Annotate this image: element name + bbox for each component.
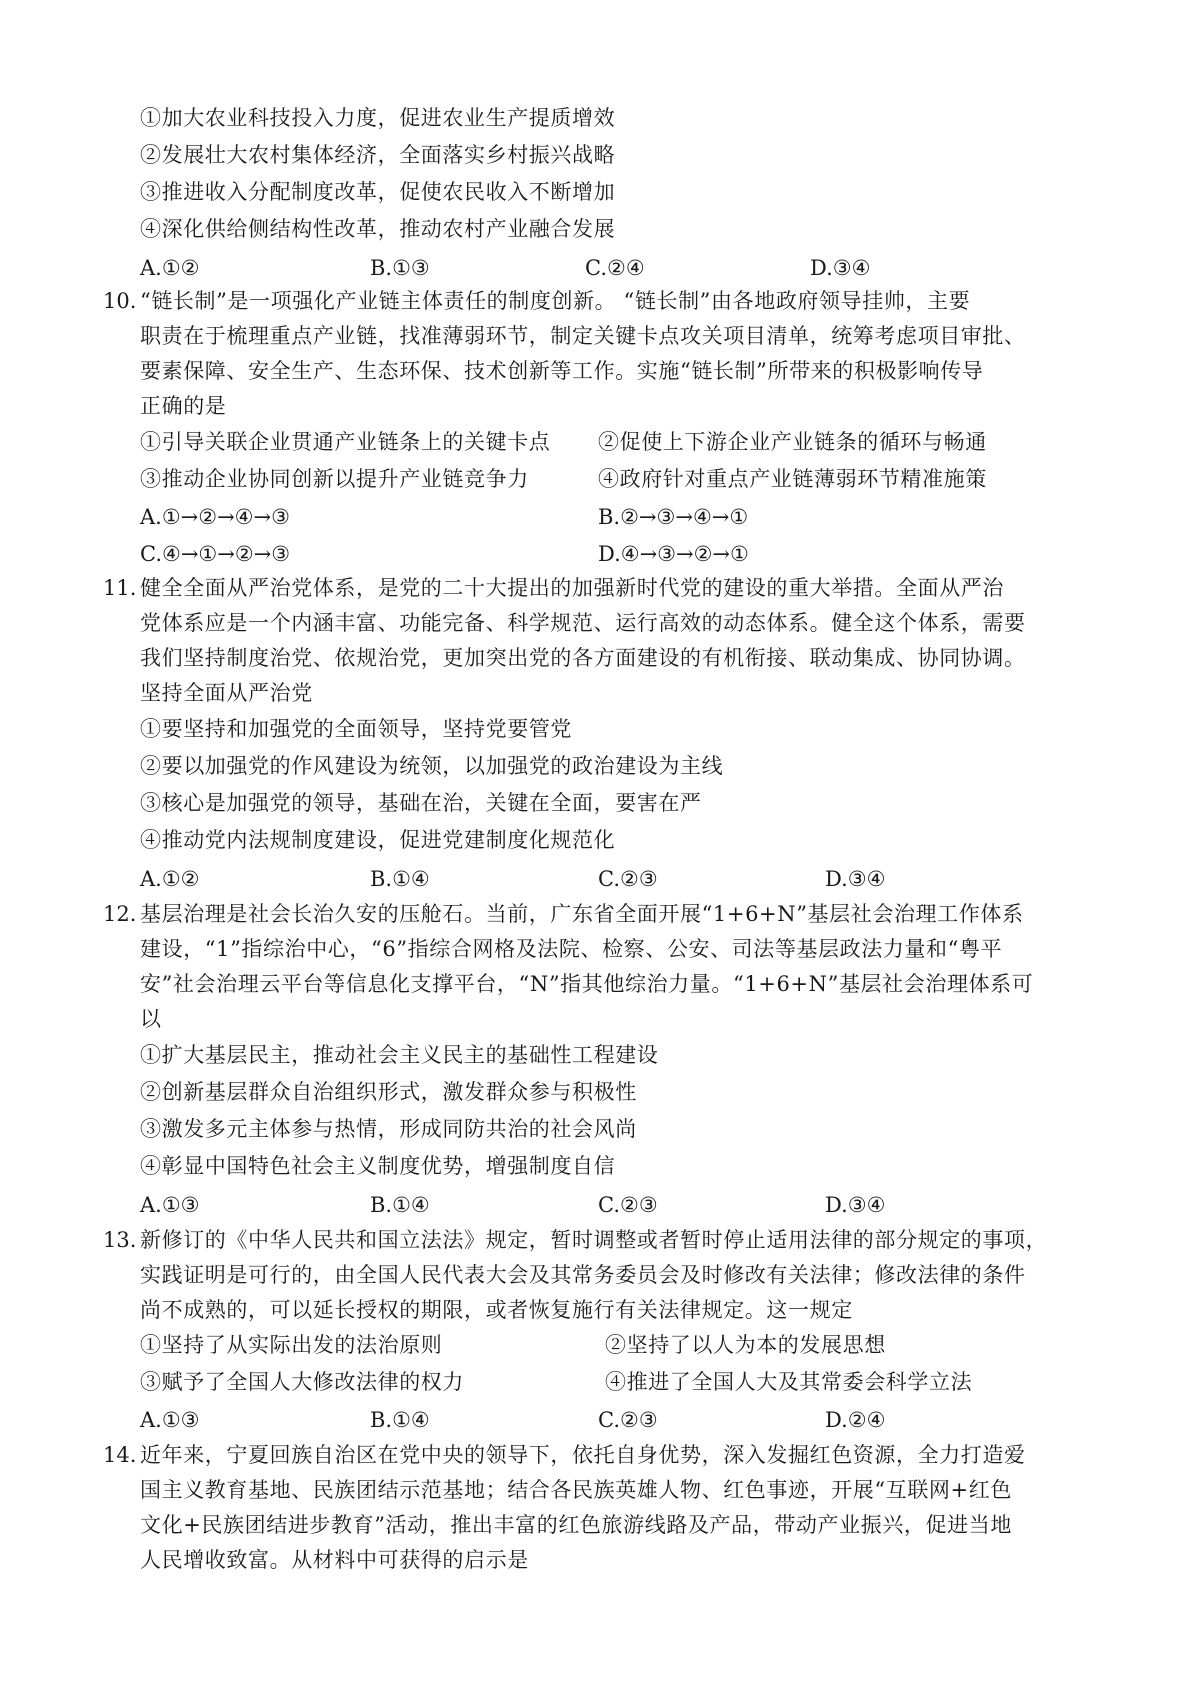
- stem-line-2: 党体系应是一个内涵丰富、功能完备、科学规范、运行高效的动态体系。健全这个体系，需…: [140, 609, 1026, 637]
- stem-line-4: 坚持全面从严治党: [140, 679, 313, 707]
- option-b: B.①④: [370, 1406, 430, 1434]
- question-number: 10.: [103, 287, 136, 315]
- option-a: A.①③: [140, 1191, 200, 1219]
- stem-line-1: “链长制”是一项强化产业链主体责任的制度创新。 “链长制”由各地政府领导挂帅，主…: [140, 287, 970, 315]
- question-number: 11.: [103, 574, 136, 602]
- exam-page: ①加大农业科技投入力度，促进农业生产提质增效 ②发展壮大农村集体经济，全面落实乡…: [0, 0, 1200, 1697]
- stem-line-1: 新修订的《中华人民共和国立法法》规定，暂时调整或者暂时停止适用法律的部分规定的事…: [140, 1226, 1047, 1254]
- statement-4: ④推进了全国人大及其常委会科学立法: [605, 1368, 972, 1396]
- option-b: B.①④: [370, 1191, 430, 1219]
- option-c: C.②③: [598, 1191, 658, 1219]
- statement-1: ①要坚持和加强党的全面领导，坚持党要管党: [140, 715, 572, 743]
- stem-line-4: 人民增收致富。从材料中可获得的启示是: [140, 1546, 529, 1574]
- statement-2: ②要以加强党的作风建设为统领，以加强党的政治建设为主线: [140, 752, 723, 780]
- stem-line-4: 以: [140, 1005, 162, 1033]
- option-d: D.②④: [825, 1406, 885, 1434]
- statement-2: ②创新基层群众自治组织形式，激发群众参与积极性: [140, 1078, 637, 1106]
- option-d: D.③④: [810, 254, 870, 282]
- statement-4: ④推动党内法规制度建设，促进党建制度化规范化: [140, 826, 615, 854]
- statement-2: ②坚持了以人为本的发展思想: [605, 1331, 886, 1359]
- statement-4: ④政府针对重点产业链薄弱环节精准施策: [598, 465, 987, 493]
- option-d: D.③④: [825, 865, 885, 893]
- option-b: B.②→③→④→①: [598, 503, 748, 531]
- stem-line-3: 尚不成熟的，可以延长授权的期限，或者恢复施行有关法律规定。这一规定: [140, 1296, 853, 1324]
- option-a: A.①②: [140, 865, 200, 893]
- statement-3: ③核心是加强党的领导，基础在治，关键在全面，要害在严: [140, 789, 702, 817]
- stem-line-3: 安”社会治理云平台等信息化支撑平台，“N”指其他综治力量。“1+6+N”基层社会…: [140, 970, 1033, 998]
- statement-3: ③赋予了全国人大修改法律的权力: [140, 1368, 464, 1396]
- statement-4: ④彰显中国特色社会主义制度优势，增强制度自信: [140, 1152, 615, 1180]
- stem-line-4: 正确的是: [140, 392, 226, 420]
- statement-3: ③推动企业协同创新以提升产业链竞争力: [140, 465, 529, 493]
- option-c: C.④→①→②→③: [140, 540, 290, 568]
- statement-4: ④深化供给侧结构性改革，推动农村产业融合发展: [140, 215, 615, 243]
- statement-2: ②发展壮大农村集体经济，全面落实乡村振兴战略: [140, 141, 615, 169]
- option-a: A.①②: [140, 254, 200, 282]
- stem-line-2: 实践证明是可行的，由全国人民代表大会及其常务委员会及时修改有关法律；修改法律的条…: [140, 1261, 1026, 1289]
- stem-line-3: 文化+民族团结进步教育”活动，推出丰富的红色旅游线路及产品，带动产业振兴，促进当…: [140, 1511, 1012, 1539]
- statement-1: ①加大农业科技投入力度，促进农业生产提质增效: [140, 104, 615, 132]
- statement-1: ①坚持了从实际出发的法治原则: [140, 1331, 442, 1359]
- option-a: A.①→②→④→③: [140, 503, 290, 531]
- question-number: 14.: [103, 1441, 136, 1469]
- statement-1: ①扩大基层民主，推动社会主义民主的基础性工程建设: [140, 1041, 658, 1069]
- stem-line-2: 职责在于梳理重点产业链，找准薄弱环节，制定关键卡点攻关项目清单，统筹考虑项目审批…: [140, 322, 1026, 350]
- option-d: D.③④: [825, 1191, 885, 1219]
- option-b: B.①③: [370, 254, 430, 282]
- statement-3: ③激发多元主体参与热情，形成同防共治的社会风尚: [140, 1115, 637, 1143]
- stem-line-3: 我们坚持制度治党、依规治党，更加突出党的各方面建设的有机衔接、联动集成、协同协调…: [140, 644, 1026, 672]
- statement-2: ②促使上下游企业产业链条的循环与畅通: [598, 428, 987, 456]
- statement-1: ①引导关联企业贯通产业链条上的关键卡点: [140, 428, 550, 456]
- option-a: A.①③: [140, 1406, 200, 1434]
- option-c: C.②④: [585, 254, 645, 282]
- option-b: B.①④: [370, 865, 430, 893]
- option-c: C.②③: [598, 1406, 658, 1434]
- stem-line-1: 基层治理是社会长治久安的压舱石。当前，广东省全面开展“1+6+N”基层社会治理工…: [140, 900, 1024, 928]
- stem-line-1: 近年来，宁夏回族自治区在党中央的领导下，依托自身优势，深入发掘红色资源，全力打造…: [140, 1441, 1026, 1469]
- stem-line-2: 建设，“1”指综治中心，“6”指综合网格及法院、检察、公安、司法等基层政法力量和…: [140, 935, 1002, 963]
- stem-line-1: 健全全面从严治党体系，是党的二十大提出的加强新时代党的建设的重大举措。全面从严治: [140, 574, 1004, 602]
- question-number: 12.: [103, 900, 136, 928]
- option-d: D.④→③→②→①: [598, 540, 749, 568]
- statement-3: ③推进收入分配制度改革，促使农民收入不断增加: [140, 178, 615, 206]
- stem-line-2: 国主义教育基地、民族团结示范基地；结合各民族英雄人物、红色事迹，开展“互联网+红…: [140, 1476, 1012, 1504]
- question-number: 13.: [103, 1226, 136, 1254]
- option-c: C.②③: [598, 865, 658, 893]
- stem-line-3: 要素保障、安全生产、生态环保、技术创新等工作。实施“链长制”所带来的积极影响传导: [140, 357, 983, 385]
